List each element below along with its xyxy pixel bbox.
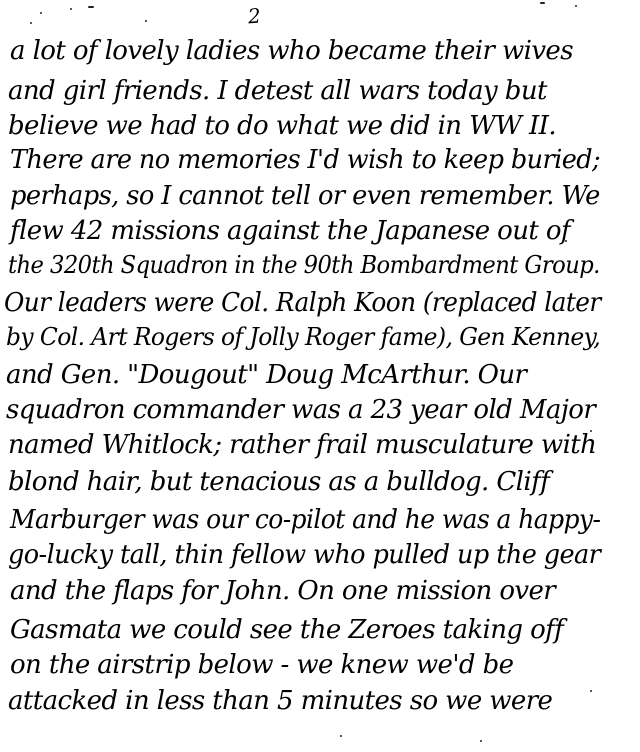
text-line-11: squadron commander was a 23 year old Maj… [6, 397, 595, 423]
text-line-17: Gasmata we could see the Zeroes taking o… [10, 617, 563, 643]
scan-speck [30, 22, 32, 24]
text-line-9: by Col. Art Rogers of Jolly Roger fame),… [6, 325, 600, 349]
scan-speck [340, 735, 342, 737]
scan-speck [70, 8, 72, 10]
text-line-12: named Whitlock; rather frail musculature… [8, 432, 596, 458]
text-line-16: and the flaps for John. On one mission o… [10, 578, 555, 604]
text-line-7: the 320th Squadron in the 90th Bombardme… [8, 253, 600, 277]
scan-speck [40, 12, 42, 14]
text-line-14: Marburger was our co-pilot and he was a … [10, 507, 600, 533]
text-line-8: Our leaders were Col. Ralph Koon (replac… [4, 290, 601, 316]
scan-speck [145, 20, 147, 22]
text-line-4: There are no memories I'd wish to keep b… [10, 147, 600, 173]
page-number: 2 [247, 4, 261, 29]
scan-speck [88, 6, 94, 8]
scan-speck [575, 5, 577, 7]
text-line-6: flew 42 missions against the Japanese ou… [10, 218, 570, 244]
text-line-13: blond hair, but tenacious as a bulldog. … [8, 469, 549, 495]
text-line-5: perhaps, so I cannot tell or even rememb… [10, 183, 600, 209]
text-line-2: and girl friends. I detest all wars toda… [8, 78, 547, 104]
text-line-18: on the airstrip below - we knew we'd be [10, 652, 513, 678]
scan-speck [480, 740, 482, 742]
text-line-10: and Gen. "Dougout" Doug McArthur. Our [6, 362, 526, 388]
text-line-3: believe we had to do what we did in WW I… [8, 113, 556, 139]
scan-speck [590, 690, 592, 692]
text-line-19: attacked in less than 5 minutes so we we… [8, 688, 552, 714]
handwritten-letter-page: 2 a lot of lovely ladies who became thei… [0, 0, 640, 752]
text-line-15: go-lucky tall, thin fellow who pulled up… [8, 542, 600, 568]
scan-speck [540, 2, 545, 4]
text-line-1: a lot of lovely ladies who became their … [10, 38, 573, 64]
